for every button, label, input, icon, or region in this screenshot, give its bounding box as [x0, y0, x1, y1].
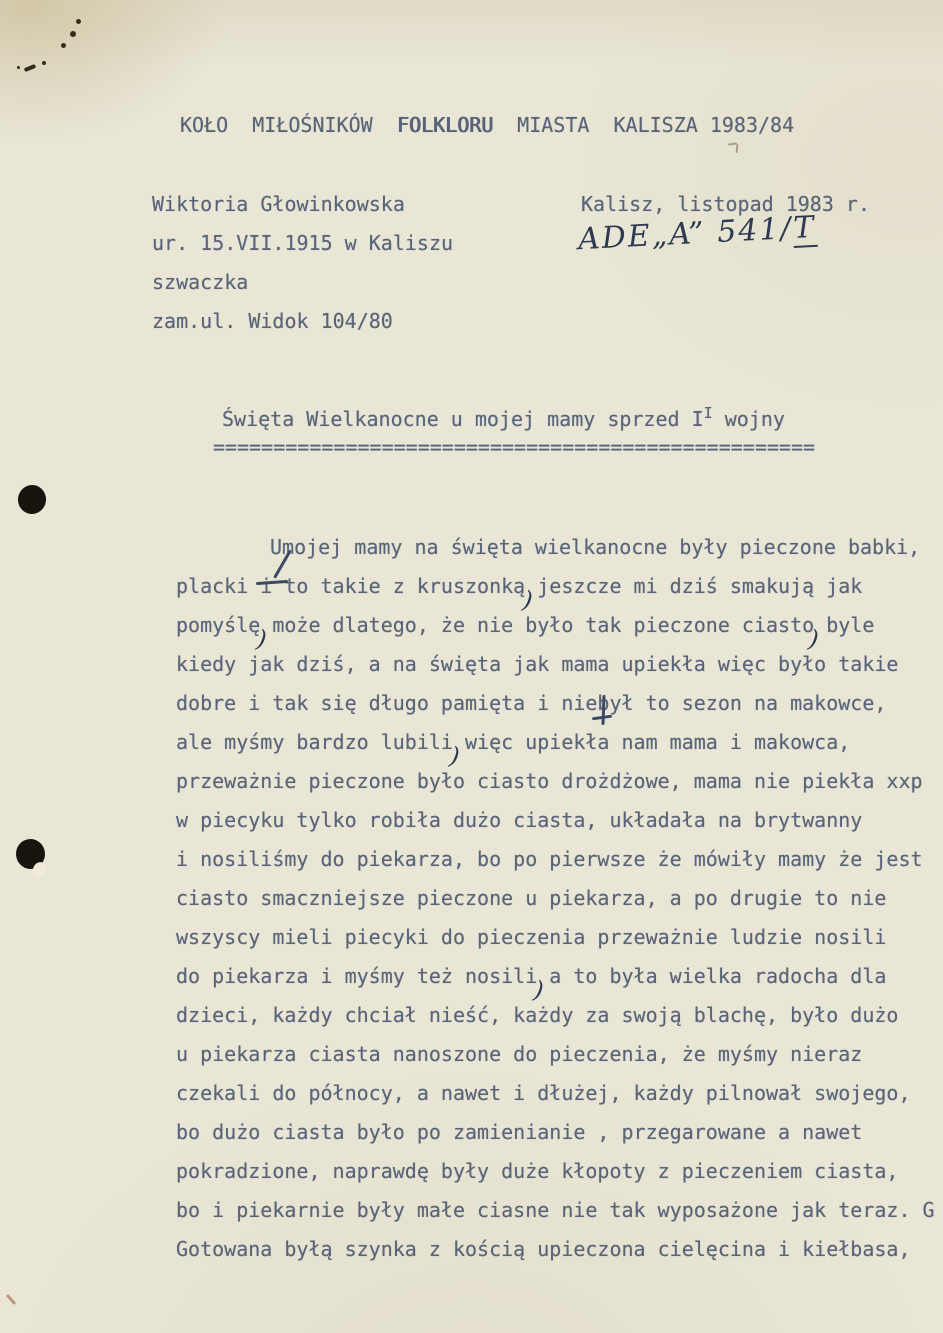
ink-speck — [61, 43, 66, 48]
typed-line: przeważnie pieczone było ciasto drożdżow… — [176, 762, 935, 801]
header-text-post: MIASTA KALISZA 1983/84 — [493, 113, 794, 137]
hole-punch-top — [16, 483, 48, 516]
typed-line: Umojej mamy na święta wielkanocne były p… — [176, 528, 935, 567]
typed-line: kiedy jak dziś, a na święta jak mama upi… — [176, 645, 935, 684]
typed-line: placki i to takie z kruszonką jeszcze mi… — [176, 567, 935, 606]
ink-speck — [70, 31, 76, 37]
author-name: Wiktoria Głowinkowska — [152, 191, 405, 217]
document-title: Święta Wielkanocne u mojej mamy sprzed I… — [222, 406, 785, 434]
typed-line: w piecyku tylko robiła dużo ciasta, ukła… — [176, 801, 935, 840]
typed-line: ciasto smaczniejsze pieczone u piekarza,… — [176, 879, 935, 918]
ink-speck — [17, 66, 20, 69]
red-pencil-speck — [6, 1294, 16, 1305]
typed-line: ale myśmy bardzo lubili więc upiekła nam… — [176, 723, 935, 762]
ink-smudge — [24, 64, 37, 72]
author-address: zam.ul. Widok 104/80 — [152, 308, 393, 334]
dateline: Kalisz, listopad 1983 r. — [581, 191, 870, 217]
ink-speck — [76, 19, 81, 24]
pencil-mark — [736, 144, 739, 153]
typed-line: do piekarza i myśmy też nosili a to była… — [176, 957, 935, 996]
typed-line: Gotowana byłą szynka z kością upieczona … — [176, 1230, 935, 1269]
typed-line: bo dużo ciasta było po zamienianie , prz… — [176, 1113, 935, 1152]
header-overstruck-word: FOLKLORU — [397, 113, 493, 137]
typed-line: wszyscy mieli piecyki do pieczenia przew… — [176, 918, 935, 957]
typed-line: pokradzione, naprawdę były duże kłopoty … — [176, 1152, 935, 1191]
page-header: KOŁO MIŁOŚNIKÓW FOLKLORU MIASTA KALISZA … — [180, 112, 794, 138]
author-birth: ur. 15.VII.1915 w Kaliszu — [152, 230, 453, 256]
title-tail: wojny — [713, 407, 785, 431]
author-occupation: szwaczka — [152, 269, 248, 295]
typed-line: u piekarza ciasta nanoszone do pieczenia… — [176, 1035, 935, 1074]
typed-line: pomyślę może dlatego, że nie było tak pi… — [176, 606, 935, 645]
title-underline: ========================================… — [213, 434, 815, 460]
archival-number-main: ADE„A” 541/ — [577, 211, 793, 257]
scanned-typewritten-page: KOŁO MIŁOŚNIKÓW FOLKLORU MIASTA KALISZA … — [0, 0, 943, 1333]
typed-line: dzieci, każdy chciał nieść, każdy za swo… — [176, 996, 935, 1035]
title-superscript: I — [704, 404, 713, 422]
typed-line: czekali do północy, a nawet i dłużej, ka… — [176, 1074, 935, 1113]
header-text-pre: KOŁO MIŁOŚNIKÓW — [180, 113, 397, 137]
archival-number-suffix: T — [792, 210, 818, 248]
typed-line: bo i piekarnie były małe ciasne nie tak … — [176, 1191, 935, 1230]
typed-line: i nosiliśmy do piekarza, bo po pierwsze … — [176, 840, 935, 879]
title-main: Święta Wielkanocne u mojej mamy sprzed I — [222, 407, 704, 431]
body-text: Umojej mamy na święta wielkanocne były p… — [176, 528, 935, 1269]
typed-line: dobre i tak się długo pamięta i niebył t… — [176, 684, 935, 723]
ink-speck — [42, 61, 46, 65]
